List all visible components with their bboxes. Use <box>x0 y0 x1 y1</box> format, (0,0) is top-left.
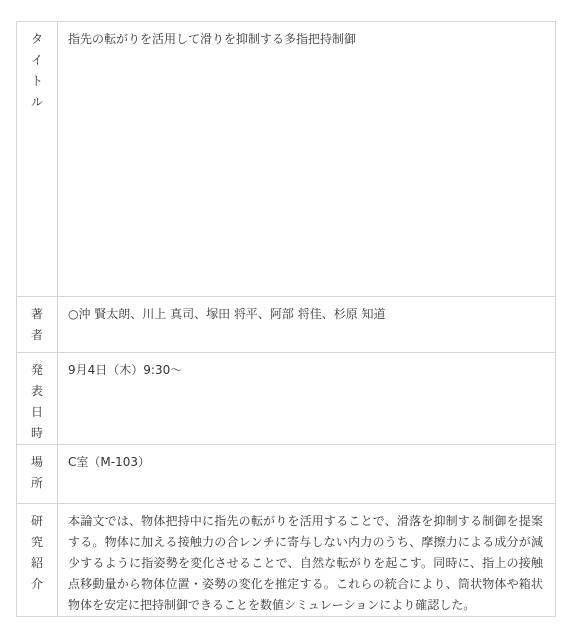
table-row-location: 場所 C室（M-103） <box>17 445 556 504</box>
datetime-value: 9月4日（木）9:30～ <box>58 353 556 445</box>
location-value: C室（M-103） <box>58 445 556 504</box>
authors-value: ○沖 賢太朗、川上 真司、塚田 将平、阿部 将佳、杉原 知道 <box>58 297 556 353</box>
row-label-title: タイトル <box>17 22 58 297</box>
table-row-datetime: 発表日時 9月4日（木）9:30～ <box>17 353 556 445</box>
presentation-info-table: タイトル 指先の転がりを活用して滑りを抑制する多指把持制御 著者 ○沖 賢太朗、… <box>16 21 556 617</box>
title-value: 指先の転がりを活用して滑りを抑制する多指把持制御 <box>58 22 556 297</box>
abstract-value: 本論文では、物体把持中に指先の転がりを活用することで、滑落を抑制する制御を提案す… <box>58 504 556 617</box>
table-row-authors: 著者 ○沖 賢太朗、川上 真司、塚田 将平、阿部 将佳、杉原 知道 <box>17 297 556 353</box>
row-label-datetime: 発表日時 <box>17 353 58 445</box>
table-row-abstract: 研究紹介 本論文では、物体把持中に指先の転がりを活用することで、滑落を抑制する制… <box>17 504 556 617</box>
row-label-location: 場所 <box>17 445 58 504</box>
row-label-abstract: 研究紹介 <box>17 504 58 617</box>
page: タイトル 指先の転がりを活用して滑りを抑制する多指把持制御 著者 ○沖 賢太朗、… <box>0 0 581 640</box>
table-row-title: タイトル 指先の転がりを活用して滑りを抑制する多指把持制御 <box>17 22 556 297</box>
row-label-authors: 著者 <box>17 297 58 353</box>
